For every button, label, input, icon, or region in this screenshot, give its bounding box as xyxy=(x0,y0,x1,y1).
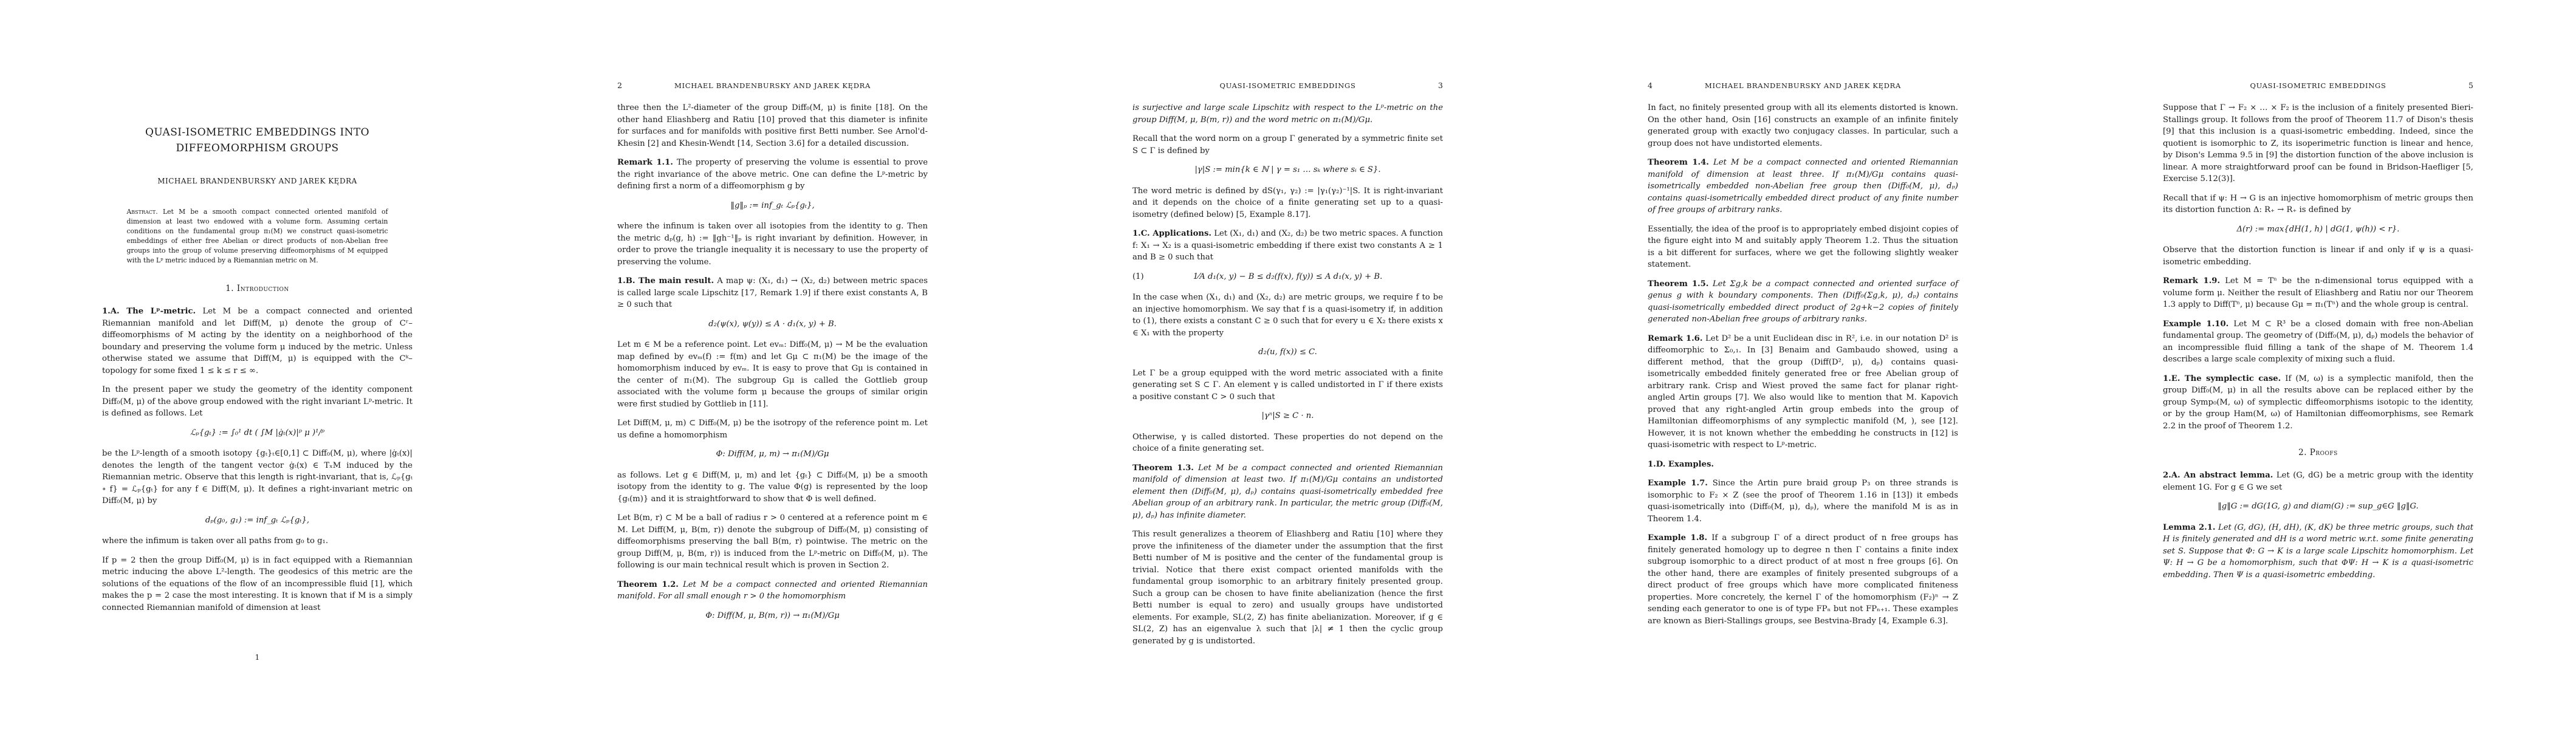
block-text: ‖g‖G := dG(1G, g) and diam(G) := sup_g∈G… xyxy=(2218,502,2419,511)
formula: Φ: Diff(M, μ, m) → π₁(M)/Gμ xyxy=(617,448,928,460)
block-text: Let B(m, r) ⊂ M be a ball of radius r > … xyxy=(617,513,928,570)
block-text: Observe that the distortion function is … xyxy=(2163,245,2473,267)
block-text: Let M be a smooth compact connected orie… xyxy=(127,208,388,264)
formula: |γⁿ|S ≥ C · n. xyxy=(1132,410,1443,422)
paragraph: In the present paper we study the geomet… xyxy=(102,384,413,420)
page-body: is surjective and large scale Lipschitz … xyxy=(1132,102,1443,654)
block-lead: Theorem 1.4. xyxy=(1648,158,1709,167)
paper-title: QUASI-ISOMETRIC EMBEDDINGS INTODIFFEOMOR… xyxy=(102,125,413,156)
paragraph: three then the L²-diameter of the group … xyxy=(617,102,928,149)
block-text: Recall that if ψ: H → G is an injective … xyxy=(2163,194,2473,215)
paragraph: Suppose that Γ → F₂ × … × F₂ is the incl… xyxy=(2163,102,2473,185)
block-text: be the Lᵖ-length of a smooth isotopy {gₜ… xyxy=(102,449,413,505)
page-header: 2MICHAEL BRANDENBURSKY AND JAREK KĘDRA xyxy=(617,81,928,90)
block-text: three then the L²-diameter of the group … xyxy=(617,103,928,148)
block-text: If a subgroup Γ of a direct product of n… xyxy=(1648,533,1958,626)
page-5: QUASI-ISOMETRIC EMBEDDINGS5Suppose that … xyxy=(2061,0,2576,729)
block-text: Essentially, the idea of the proof is to… xyxy=(1648,225,1958,270)
block-text: is surjective and large scale Lipschitz … xyxy=(1132,103,1443,125)
block-text: Δ(r) := max{dH(1, h) | dG(1, ψ(h)) < r}. xyxy=(2237,225,2400,234)
block-text: MICHAEL BRANDENBURSKY AND JAREK KĘDRA xyxy=(157,177,357,185)
block-text: |γⁿ|S ≥ C · n. xyxy=(1262,411,1314,420)
page-number: 1 xyxy=(102,653,413,662)
block-text: 1⁄A d₁(x, y) − B ≤ d₂(f(x), f(y)) ≤ A d₁… xyxy=(1193,272,1383,281)
block-text: where the infinum is taken over all isot… xyxy=(617,222,928,267)
theorem: Lemma 2.1. Let (G, dG), (H, dH), (K, dK)… xyxy=(2163,522,2473,581)
block-text: Let M be a compact connected and oriente… xyxy=(102,307,413,375)
block-lead: Example 1.7. xyxy=(1648,479,1708,488)
paragraph: 2.A. An abstract lemma. Let (G, dG) be a… xyxy=(2163,470,2473,493)
paragraph: 1.B. The main result. A map ψ: (X₁, d₁) … xyxy=(617,275,928,311)
block-text: as follows. Let g ∈ Diff(M, μ, m) and le… xyxy=(617,471,928,504)
block-text: d₂(ψ(x), ψ(y)) ≤ A · d₁(x, y) + B. xyxy=(708,320,837,329)
authors: MICHAEL BRANDENBURSKY AND JAREK KĘDRA xyxy=(102,177,413,185)
running-title: QUASI-ISOMETRIC EMBEDDINGS xyxy=(2184,81,2453,90)
block-text: This result generalizes a theorem of Eli… xyxy=(1132,530,1443,646)
block-text: Φ: Diff(M, μ, m) → π₁(M)/Gμ xyxy=(716,450,829,459)
paragraph: 1.A. The Lᵖ-metric. Let M be a compact c… xyxy=(102,306,413,377)
paragraph: Let Diff(M, μ, m) ⊂ Diff₀(M, μ) be the i… xyxy=(617,417,928,441)
paragraph: where the infimum is taken over all path… xyxy=(102,535,413,547)
block-lead: 1.B. The main result. xyxy=(617,276,714,286)
abstract: Abstract. Let M be a smooth compact conn… xyxy=(127,207,388,265)
paragraph: Recall that the word norm on a group Γ g… xyxy=(1132,133,1443,157)
block-lead: Theorem 1.2. xyxy=(617,580,679,589)
formula: |γ|S := min{k ∈ ℕ | γ = s₁ … sₖ where sᵢ… xyxy=(1132,164,1443,176)
theorem: Theorem 1.4. Let M be a compact connecte… xyxy=(1648,157,1958,216)
paragraph: Let Γ be a group equipped with the word … xyxy=(1132,368,1443,403)
paragraph: Let B(m, r) ⊂ M be a ball of radius r > … xyxy=(617,512,928,572)
block-lead: Theorem 1.3. xyxy=(1132,464,1194,473)
page-body: In fact, no finitely presented group wit… xyxy=(1648,102,1958,634)
theorem: Theorem 1.5. Let Σg,k be a compact conne… xyxy=(1648,278,1958,326)
block-text: In the present paper we study the geomet… xyxy=(102,385,413,418)
page-body: three then the L²-diameter of the group … xyxy=(617,102,928,631)
block-lead: 1.E. The symplectic case. xyxy=(2163,374,2281,383)
paragraph: Recall that if ψ: H → G is an injective … xyxy=(2163,193,2473,216)
block-lead: 1.C. Applications. xyxy=(1132,229,1211,238)
example: Example 1.8. If a subgroup Γ of a direct… xyxy=(1648,532,1958,627)
equation-number: (1) xyxy=(1132,271,1144,283)
page-4: 4MICHAEL BRANDENBURSKY AND JAREK KĘDRAIn… xyxy=(1546,0,2061,729)
block-text: 1. Introduction xyxy=(225,284,289,293)
formula: (1)1⁄A d₁(x, y) − B ≤ d₂(f(x), f(y)) ≤ A… xyxy=(1132,271,1443,283)
block-text: Suppose that Γ → F₂ × … × F₂ is the incl… xyxy=(2163,103,2473,183)
block-lead: Remark 1.6. xyxy=(1648,334,1702,343)
formula: Φ: Diff(M, μ, B(m, r)) → π₁(M)/Gμ xyxy=(617,610,928,622)
paragraph: In fact, no finitely presented group wit… xyxy=(1648,102,1958,149)
page-header: 4MICHAEL BRANDENBURSKY AND JAREK KĘDRA xyxy=(1648,81,1958,90)
block-text: The word metric is defined by dS(γ₁, γ₂)… xyxy=(1132,187,1443,219)
paragraph: 1.E. The symplectic case. If (M, ω) is a… xyxy=(2163,373,2473,433)
paragraph: as follows. Let g ∈ Diff(M, μ, m) and le… xyxy=(617,470,928,505)
block-text: Otherwise, γ is called distorted. These … xyxy=(1132,433,1443,454)
formula: dₚ(g₀, g₁) := inf_gₜ ℒₚ{gₜ}, xyxy=(102,515,413,527)
running-title: QUASI-ISOMETRIC EMBEDDINGS xyxy=(1153,81,1422,90)
header-page-number-left: 2 xyxy=(617,81,638,90)
example: Example 1.10. Let M ⊂ R³ be a closed dom… xyxy=(2163,318,2473,366)
page-body: QUASI-ISOMETRIC EMBEDDINGS INTODIFFEOMOR… xyxy=(102,125,413,621)
page-body: Suppose that Γ → F₂ × … × F₂ is the incl… xyxy=(2163,102,2473,588)
page-2: 2MICHAEL BRANDENBURSKY AND JAREK KĘDRAth… xyxy=(515,0,1030,729)
paragraph: Essentially, the idea of the proof is to… xyxy=(1648,224,1958,271)
block-text: ℒₚ{gₜ} := ∫₀¹ dt ( ∫M |ġₜ(x)|ᵖ μ )¹/ᵖ xyxy=(190,428,324,437)
formula: ‖g‖G := dG(1G, g) and diam(G) := sup_g∈G… xyxy=(2163,501,2473,513)
block-text: In the case when (X₁, d₁) and (X₂, d₂) a… xyxy=(1132,293,1443,338)
paragraph: Let m ∈ M be a reference point. Let evₘ:… xyxy=(617,339,928,410)
paragraph: be the Lᵖ-length of a smooth isotopy {gₜ… xyxy=(102,448,413,507)
paragraph: Observe that the distortion function is … xyxy=(2163,244,2473,268)
block-text: |γ|S := min{k ∈ ℕ | γ = s₁ … sₖ where sᵢ… xyxy=(1194,165,1380,174)
block-lead: Remark 1.1. xyxy=(617,158,673,167)
paragraph: The word metric is defined by dS(γ₁, γ₂)… xyxy=(1132,185,1443,221)
block-text: 2. Proofs xyxy=(2298,448,2338,457)
formula: d₂(u, f(x)) ≤ C. xyxy=(1132,346,1443,358)
page-header: QUASI-ISOMETRIC EMBEDDINGS5 xyxy=(2163,81,2473,90)
remark: Remark 1.1. The property of preserving t… xyxy=(617,157,928,193)
page-1: QUASI-ISOMETRIC EMBEDDINGS INTODIFFEOMOR… xyxy=(0,0,515,729)
remark: Remark 1.9. Let M = Tⁿ be the n-dimensio… xyxy=(2163,275,2473,311)
block-text: If p = 2 then the group Diff₀(M, μ) is i… xyxy=(102,556,413,612)
remark: Remark 1.6. Let D² be a unit Euclidean d… xyxy=(1648,333,1958,451)
block-text: Let Diff(M, μ, m) ⊂ Diff₀(M, μ) be the i… xyxy=(617,419,928,440)
paragraph: where the infinum is taken over all isot… xyxy=(617,221,928,268)
paper-title-line: QUASI-ISOMETRIC EMBEDDINGS INTO xyxy=(102,125,413,140)
formula: ‖g‖ₚ := inf_gₜ ℒₚ{gₜ}, xyxy=(617,200,928,212)
paper-canvas: arXiv:1108.5126v2 [math.GT] 3 Sep 2012 Q… xyxy=(0,0,2576,729)
block-lead: Theorem 1.5. xyxy=(1648,279,1708,289)
block-text: In fact, no finitely presented group wit… xyxy=(1648,103,1958,148)
section-heading: 1. Introduction xyxy=(102,284,413,293)
paper-title-line: DIFFEOMORPHISM GROUPS xyxy=(102,140,413,156)
block-text: Let m ∈ M be a reference point. Let evₘ:… xyxy=(617,340,928,409)
page-3: QUASI-ISOMETRIC EMBEDDINGS3is surjective… xyxy=(1030,0,1546,729)
block-lead: Remark 1.9. xyxy=(2163,276,2220,286)
theorem-continuation: is surjective and large scale Lipschitz … xyxy=(1132,102,1443,126)
block-lead: Abstract. xyxy=(127,208,158,216)
header-page-number-right: 3 xyxy=(1422,81,1443,90)
header-page-number-left: 4 xyxy=(1648,81,1668,90)
running-title: MICHAEL BRANDENBURSKY AND JAREK KĘDRA xyxy=(1668,81,1937,90)
paragraph: If p = 2 then the group Diff₀(M, μ) is i… xyxy=(102,555,413,614)
paragraph: 1.C. Applications. Let (X₁, d₁) and (X₂,… xyxy=(1132,228,1443,264)
theorem: Theorem 1.2. Let M be a compact connecte… xyxy=(617,579,928,603)
paragraph: Otherwise, γ is called distorted. These … xyxy=(1132,431,1443,455)
block-text: d₂(u, f(x)) ≤ C. xyxy=(1258,347,1317,357)
theorem: Theorem 1.3. Let M be a compact connecte… xyxy=(1132,462,1443,522)
block-lead: Example 1.10. xyxy=(2163,320,2228,329)
formula: d₂(ψ(x), ψ(y)) ≤ A · d₁(x, y) + B. xyxy=(617,318,928,330)
block-lead: 2.A. An abstract lemma. xyxy=(2163,471,2273,480)
formula: ℒₚ{gₜ} := ∫₀¹ dt ( ∫M |ġₜ(x)|ᵖ μ )¹/ᵖ xyxy=(102,427,413,439)
block-lead: 1.A. The Lᵖ-metric. xyxy=(102,307,196,316)
block-text: where the infimum is taken over all path… xyxy=(102,536,328,546)
formula: Δ(r) := max{dH(1, h) | dG(1, ψ(h)) < r}. xyxy=(2163,224,2473,236)
page-header: QUASI-ISOMETRIC EMBEDDINGS3 xyxy=(1132,81,1443,90)
block-text: ‖g‖ₚ := inf_gₜ ℒₚ{gₜ}, xyxy=(730,201,814,210)
block-text: Recall that the word norm on a group Γ g… xyxy=(1132,134,1443,156)
subsection-heading: 1.D. Examples. xyxy=(1648,459,1958,471)
block-lead: 1.D. Examples. xyxy=(1648,460,1714,469)
paragraph: In the case when (X₁, d₁) and (X₂, d₂) a… xyxy=(1132,292,1443,339)
block-lead: Lemma 2.1. xyxy=(2163,523,2216,532)
block-text: dₚ(g₀, g₁) := inf_gₜ ℒₚ{gₜ}, xyxy=(205,516,309,525)
header-page-number-right: 5 xyxy=(2453,81,2473,90)
block-text: Let D² be a unit Euclidean disc in R², i… xyxy=(1648,334,1958,450)
section-heading: 2. Proofs xyxy=(2163,448,2473,457)
block-lead: Example 1.8. xyxy=(1648,533,1707,542)
example: Example 1.7. Since the Artin pure braid … xyxy=(1648,477,1958,525)
paragraph: This result generalizes a theorem of Eli… xyxy=(1132,529,1443,647)
block-text: Let Γ be a group equipped with the word … xyxy=(1132,369,1443,402)
block-text: Φ: Diff(M, μ, B(m, r)) → π₁(M)/Gμ xyxy=(705,611,840,620)
running-title: MICHAEL BRANDENBURSKY AND JAREK KĘDRA xyxy=(638,81,907,90)
